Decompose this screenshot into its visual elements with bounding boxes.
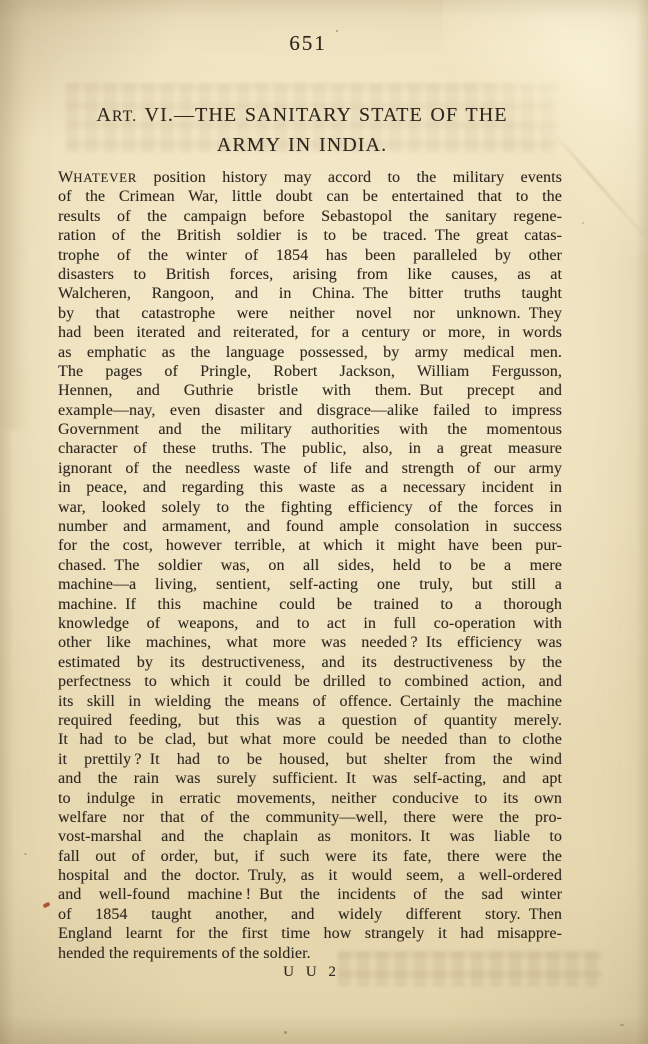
- art-smallcaps: RT.: [112, 108, 137, 125]
- text-line: number and armament, and found ample con…: [58, 517, 562, 536]
- paper-speck: [620, 1024, 624, 1026]
- text-line: its skill in wielding the means of offen…: [58, 692, 562, 711]
- text-line: Hennen, and Guthrie bristle with them. B…: [58, 381, 562, 400]
- text-line: hospital and the doctor. Truly, as it wo…: [58, 866, 562, 885]
- text-line: for the cost, however terrible, at which…: [58, 536, 562, 555]
- text-line: of 1854 taught another, and widely diffe…: [58, 905, 562, 924]
- lead-smallcaps: HATEVER: [73, 171, 137, 185]
- text-line: required feeding, but this was a questio…: [58, 711, 562, 730]
- ink-speck: [42, 902, 50, 909]
- text-line: machine—a living, sentient, self-acting …: [58, 575, 562, 594]
- text-line: and well-found machine ! But the inciden…: [58, 885, 562, 904]
- text-line: war, looked solely to the fighting effic…: [58, 498, 562, 517]
- first-line-text: position history may accord to the milit…: [137, 169, 562, 186]
- article-body: WHATEVER position history may accord to …: [58, 168, 562, 963]
- art-initial: A: [96, 104, 112, 126]
- text-line: The pages of Pringle, Robert Jackson, Wi…: [58, 362, 562, 381]
- article-heading: ART. VI.—THE SANITARY STATE OF THE ARMY …: [0, 101, 626, 159]
- paper-speck: [582, 222, 584, 224]
- heading-line1-text: VI.—THE SANITARY STATE OF THE: [137, 104, 507, 126]
- text-line: results of the campaign before Sebastopo…: [58, 207, 562, 226]
- text-line: Government and the military authorities …: [58, 420, 562, 439]
- text-line: and the rain was surely sufficient. It w…: [58, 769, 562, 788]
- text-line: other like machines, what more was neede…: [58, 633, 562, 652]
- text-line: WHATEVER position history may accord to …: [58, 168, 562, 187]
- text-line: estimated by its destructiveness, and it…: [58, 653, 562, 672]
- page-number: 651: [0, 31, 632, 56]
- text-line: example—nay, even disaster and disgrace—…: [58, 401, 562, 420]
- paper-speck: [284, 1031, 287, 1034]
- scanned-page: 651 ART. VI.—THE SANITARY STATE OF THE A…: [0, 0, 648, 1044]
- text-line: chased. The soldier was, on all sides, h…: [58, 556, 562, 575]
- text-line: disasters to British forces, arising fro…: [58, 265, 562, 284]
- paper-shading: [0, 0, 28, 430]
- heading-line-1: ART. VI.—THE SANITARY STATE OF THE: [0, 101, 626, 131]
- text-line: vost-marshal and the chaplain as monitor…: [58, 827, 562, 846]
- text-line: character of these truths. The public, a…: [58, 439, 562, 458]
- lead-initial: W: [58, 169, 73, 186]
- text-line: had been iterated and reiterated, for a …: [58, 323, 562, 342]
- text-line: ignorant of the needless waste of life a…: [58, 459, 562, 478]
- text-line: Walcheren, Rangoon, and in China. The bi…: [58, 284, 562, 303]
- paper-speck: [24, 853, 27, 855]
- text-line: of the Crimean War, little doubt can be …: [58, 187, 562, 206]
- text-line: It had to be clad, but what more could b…: [58, 730, 562, 749]
- text-line: trophe of the winter of 1854 has been pa…: [58, 246, 562, 265]
- paper-speck: [336, 30, 338, 32]
- text-line: welfare nor that of the community—well, …: [58, 808, 562, 827]
- heading-line-2: ARMY IN INDIA.: [0, 131, 626, 159]
- text-line: England learnt for the first time how st…: [58, 924, 562, 943]
- text-line: hended the requirements of the soldier.: [58, 944, 562, 963]
- text-line: it prettily ? It had to be housed, but s…: [58, 750, 562, 769]
- text-line: knowledge of weapons, and to act in full…: [58, 614, 562, 633]
- signature-mark: U U 2: [0, 964, 635, 981]
- text-line: in peace, and regarding this waste as a …: [58, 478, 562, 497]
- text-line: ration of the British soldier is to be t…: [58, 226, 562, 245]
- text-line: machine. If this machine could be traine…: [58, 595, 562, 614]
- text-line: as emphatic as the language possessed, b…: [58, 343, 562, 362]
- text-line: to indulge in erratic movements, neither…: [58, 789, 562, 808]
- text-line: fall out of order, but, if such were its…: [58, 847, 562, 866]
- text-line: perfectness to which it could be drilled…: [58, 672, 562, 691]
- text-line: by that catastrophe were neither novel n…: [58, 304, 562, 323]
